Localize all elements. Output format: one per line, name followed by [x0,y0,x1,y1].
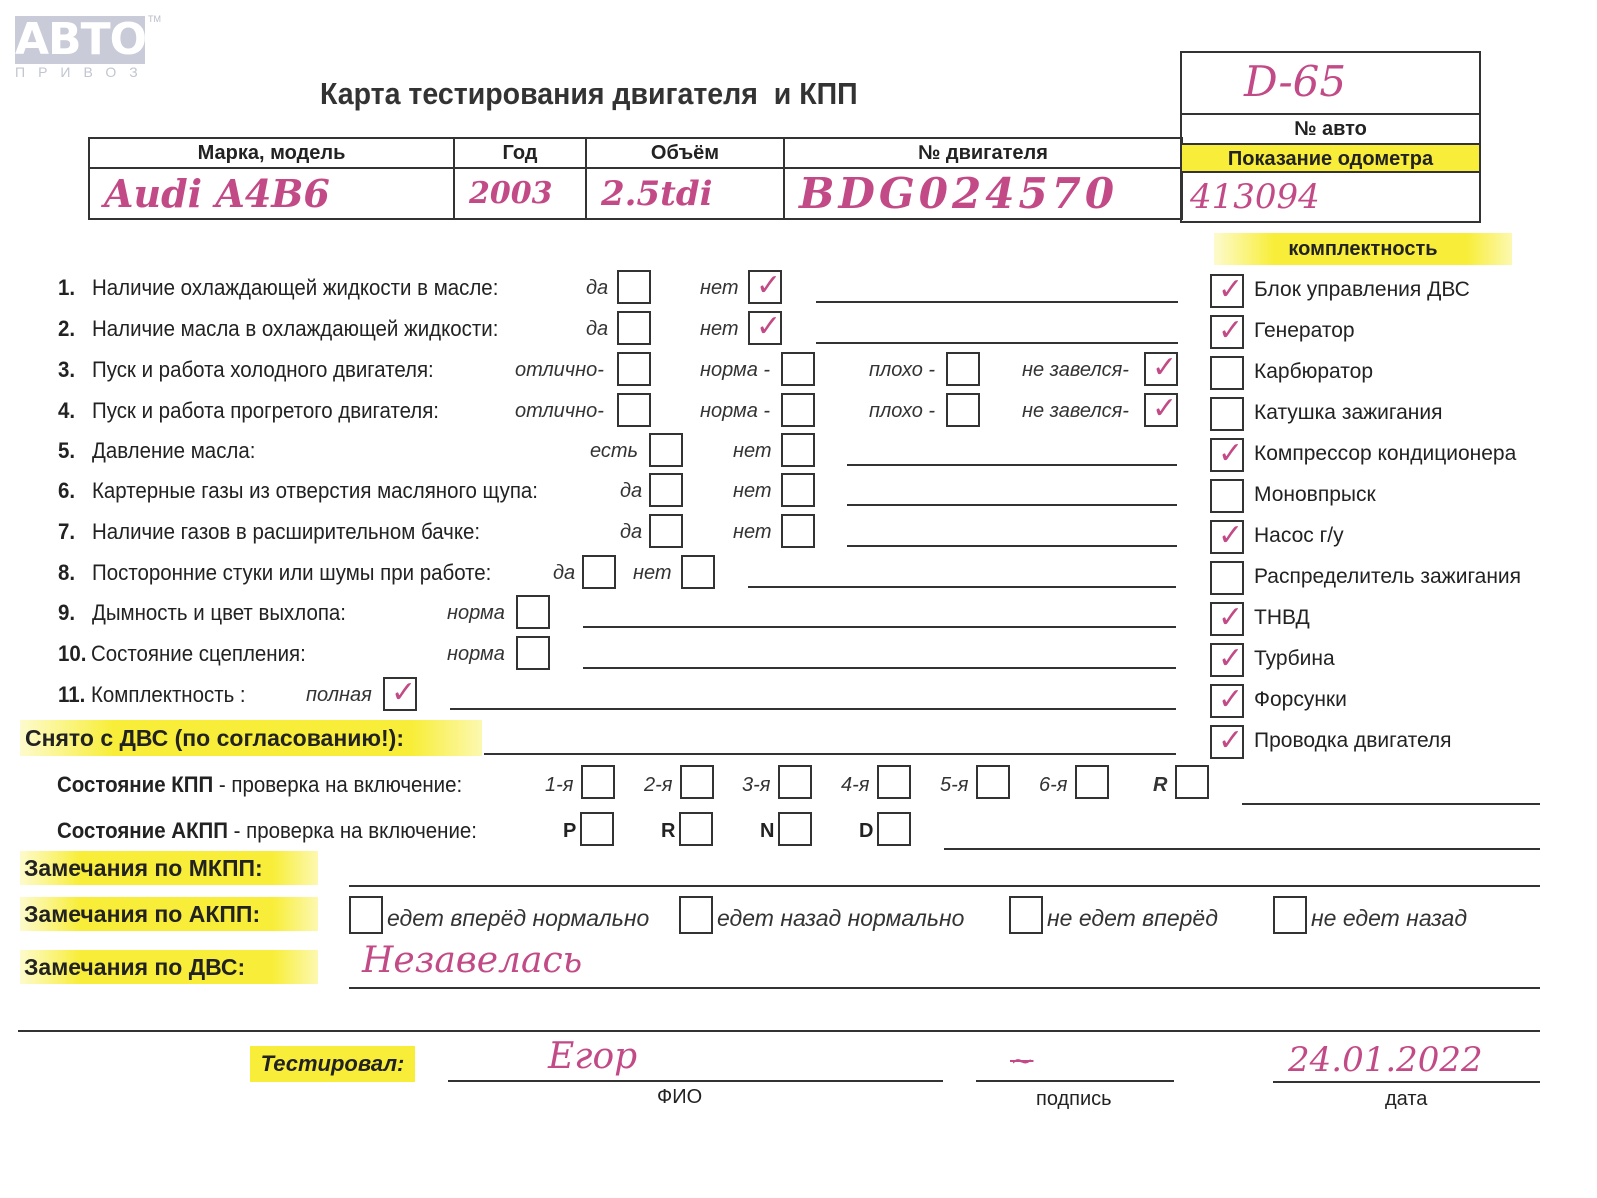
mode-label: N [760,820,774,843]
completeness-item-label: Распределитель зажигания [1254,565,1521,589]
year-value[interactable]: 2003 [454,168,586,219]
signature-caption: подпись [1036,1088,1112,1111]
removed-parts-line[interactable] [484,753,1176,755]
vehicle-number-value[interactable]: D-65 [1244,57,1346,106]
question-notes-line[interactable] [583,667,1176,669]
question-number: 11. [58,682,85,708]
dvs-remarks-line[interactable] [349,987,1540,989]
completeness-checkbox[interactable] [1210,561,1244,595]
option-checkbox[interactable] [781,393,815,427]
dvs-remarks-value[interactable]: Незавелась [362,940,582,981]
akpp-remark-label: едет вперёд нормально [387,905,649,932]
gear-label: 3-я [742,774,770,797]
option-label: нет [733,480,772,503]
question-number: 6. [58,478,75,504]
completeness-item-label: Блок управления ДВС [1254,278,1470,302]
option-label: нет [700,318,739,341]
option-checkbox[interactable] [748,270,782,304]
option-checkbox[interactable] [649,514,683,548]
completeness-title: комплектность [1214,233,1512,265]
gear-label: 6-я [1039,774,1067,797]
question-notes-line[interactable] [847,504,1177,506]
option-label: не завелся- [1022,400,1129,423]
date-line[interactable] [1273,1081,1540,1083]
akpp-remark-checkbox[interactable] [349,896,383,934]
option-label: норма [447,602,505,625]
gear-label: R [1153,774,1167,797]
option-checkbox[interactable] [617,270,651,304]
gear-label: 1-я [545,774,573,797]
question-number: 7. [58,519,75,545]
question-number: 1. [58,275,75,301]
completeness-checkbox[interactable] [1210,684,1244,718]
completeness-item-label: Форсунки [1254,688,1347,712]
option-label: нет [733,440,772,463]
removed-parts-label: Снято с ДВС (по согласованию!): [20,720,482,756]
akpp-remark-label: не едет вперёд [1047,905,1218,932]
akpp-remark-checkbox[interactable] [679,896,713,934]
col-header-make-model: Марка, модель [89,138,454,168]
gear-checkbox[interactable] [581,765,615,799]
gear-label: 5-я [940,774,968,797]
option-checkbox[interactable] [617,311,651,345]
mode-checkbox[interactable] [778,812,812,846]
option-checkbox[interactable] [781,473,815,507]
option-checkbox[interactable] [649,433,683,467]
completeness-item-label: Катушка зажигания [1254,401,1442,425]
question-text: Пуск и работа прогретого двигателя: [92,398,439,424]
mode-checkbox[interactable] [580,812,614,846]
mode-checkbox[interactable] [679,812,713,846]
tester-name-value[interactable]: Егор [548,1036,637,1077]
vehicle-number-label: № авто [1182,113,1479,143]
tested-by-label: Тестировал: [250,1046,415,1082]
page-title: Карта тестирования двигателя и КПП [320,76,858,112]
option-label: полная [306,684,372,707]
option-checkbox[interactable] [516,636,550,670]
option-label: да [553,562,575,585]
option-label: есть [590,440,638,463]
option-checkbox[interactable] [617,393,651,427]
tester-name-line[interactable] [448,1080,943,1082]
question-text: Пуск и работа холодного двигателя: [92,357,434,383]
option-checkbox[interactable] [781,514,815,548]
signature-line[interactable] [976,1080,1174,1082]
option-label: да [586,277,608,300]
option-checkbox[interactable] [582,555,616,589]
question-number: 2. [58,316,75,342]
option-checkbox[interactable] [681,555,715,589]
gear-checkbox[interactable] [877,765,911,799]
option-label: отлично- [515,400,604,423]
gear-checkbox[interactable] [1175,765,1209,799]
akpp-remark-label: не едет назад [1311,905,1467,932]
gear-checkbox[interactable] [976,765,1010,799]
question-text: Наличие масла в охлаждающей жидкости: [92,316,498,342]
completeness-checkbox[interactable] [1210,356,1244,390]
question-number: 8. [58,560,75,586]
option-label: плохо - [869,359,935,382]
question-notes-line[interactable] [583,626,1176,628]
gear-label: 2-я [644,774,672,797]
question-text: Картерные газы из отверстия масляного щу… [92,478,538,504]
volume-value[interactable]: 2.5tdi [586,168,784,219]
date-value[interactable]: 24.01.2022 [1288,1040,1483,1080]
option-checkbox[interactable] [617,352,651,386]
mkpp-remarks-label: Замечания по МКПП: [20,851,318,885]
completeness-item-label: Компрессор кондиционера [1254,442,1516,466]
logo-subtitle: ПРИВОЗ [15,64,147,80]
completeness-checkbox[interactable] [1210,274,1244,308]
completeness-item-label: Карбюратор [1254,360,1373,384]
completeness-item-label: ТНВД [1254,606,1310,630]
mkpp-remarks-line[interactable] [349,885,1540,887]
logo: АВТО [15,16,145,64]
option-label: плохо - [869,400,935,423]
completeness-checkbox[interactable] [1210,315,1244,349]
completeness-item-label: Генератор [1254,319,1355,343]
question-notes-line[interactable] [748,586,1176,588]
question-notes-line[interactable] [816,342,1178,344]
question-number: 9. [58,600,75,626]
option-label: да [620,480,642,503]
option-label: да [620,521,642,544]
question-notes-line[interactable] [847,464,1177,466]
col-header-engine-number: № двигателя [784,138,1182,168]
option-label: норма - [700,359,770,382]
question-number: 4. [58,398,75,424]
completeness-item-label: Моновпрыск [1254,483,1376,507]
option-label: норма - [700,400,770,423]
question-text: Состояние сцепления: [91,641,306,667]
completeness-checkbox[interactable] [1210,602,1244,636]
completeness-checkbox[interactable] [1210,397,1244,431]
option-label: не завелся- [1022,359,1129,382]
question-text: Наличие охлаждающей жидкости в масле: [92,275,498,301]
option-checkbox[interactable] [1144,352,1178,386]
completeness-checkbox[interactable] [1210,643,1244,677]
option-checkbox[interactable] [946,352,980,386]
option-label: нет [700,277,739,300]
dvs-remarks-label: Замечания по ДВС: [20,950,318,984]
option-label: нет [733,521,772,544]
engine-number-value[interactable]: BDG024570 [784,168,1182,219]
question-number: 3. [58,357,75,383]
option-checkbox[interactable] [946,393,980,427]
logo-trademark: TM [148,14,161,24]
gear-checkbox[interactable] [778,765,812,799]
question-number: 5. [58,438,75,464]
mode-checkbox[interactable] [877,812,911,846]
mode-label: R [661,820,675,843]
option-checkbox[interactable] [748,311,782,345]
completeness-item-label: Турбина [1254,647,1335,671]
mode-label: D [859,820,873,843]
option-label: да [586,318,608,341]
option-label: норма [447,643,505,666]
akpp-remark-label: едет назад нормально [717,905,964,932]
question-text: Посторонние стуки или шумы при работе: [92,560,491,586]
gear-checkbox[interactable] [680,765,714,799]
option-label: нет [633,562,672,585]
question-number: 10. [58,641,86,667]
question-text: Дымность и цвет выхлопа: [92,600,346,626]
question-notes-line[interactable] [816,301,1178,303]
vehicle-info-table: Марка, модель Год Объём № двигателя Audi… [88,137,1183,220]
signature-value[interactable]: ~ [1010,1044,1033,1077]
mode-label: P [563,820,576,843]
question-text: Давление масла: [92,438,255,464]
gear-label: 4-я [841,774,869,797]
akpp-remark-checkbox[interactable] [1009,896,1043,934]
completeness-checkbox[interactable] [1210,725,1244,759]
completeness-item-label: Проводка двигателя [1254,729,1452,753]
make-model-value[interactable]: Audi A4B6 [89,168,454,219]
question-notes-line[interactable] [450,708,1176,710]
akpp-remarks-label: Замечания по АКПП: [20,897,318,931]
option-checkbox[interactable] [649,473,683,507]
akpp-remark-checkbox[interactable] [1273,896,1307,934]
section-divider [18,1030,1540,1032]
question-notes-line[interactable] [847,545,1177,547]
question-text: Комплектность : [91,682,246,708]
option-checkbox[interactable] [781,433,815,467]
akpp-label: Состояние АКПП - проверка на включение: [57,818,477,844]
option-checkbox[interactable] [1144,393,1178,427]
vehicle-number-box: D-65 № авто Показание одометра 413094 [1180,51,1481,223]
option-checkbox[interactable] [383,677,417,711]
completeness-item-label: Насос г/у [1254,524,1344,548]
odometer-label: Показание одометра [1182,143,1479,173]
option-checkbox[interactable] [516,595,550,629]
completeness-checkbox[interactable] [1210,520,1244,554]
odometer-value[interactable]: 413094 [1190,177,1320,217]
name-caption: ФИО [657,1086,702,1109]
date-caption: дата [1385,1088,1427,1111]
option-checkbox[interactable] [781,352,815,386]
completeness-checkbox[interactable] [1210,479,1244,513]
completeness-checkbox[interactable] [1210,438,1244,472]
option-label: отлично- [515,359,604,382]
akpp-notes-line[interactable] [944,848,1540,850]
col-header-year: Год [454,138,586,168]
question-text: Наличие газов в расширительном бачке: [92,519,480,545]
gear-checkbox[interactable] [1075,765,1109,799]
col-header-volume: Объём [586,138,784,168]
kpp-label: Состояние КПП - проверка на включение: [57,772,462,798]
kpp-notes-line[interactable] [1242,803,1540,805]
